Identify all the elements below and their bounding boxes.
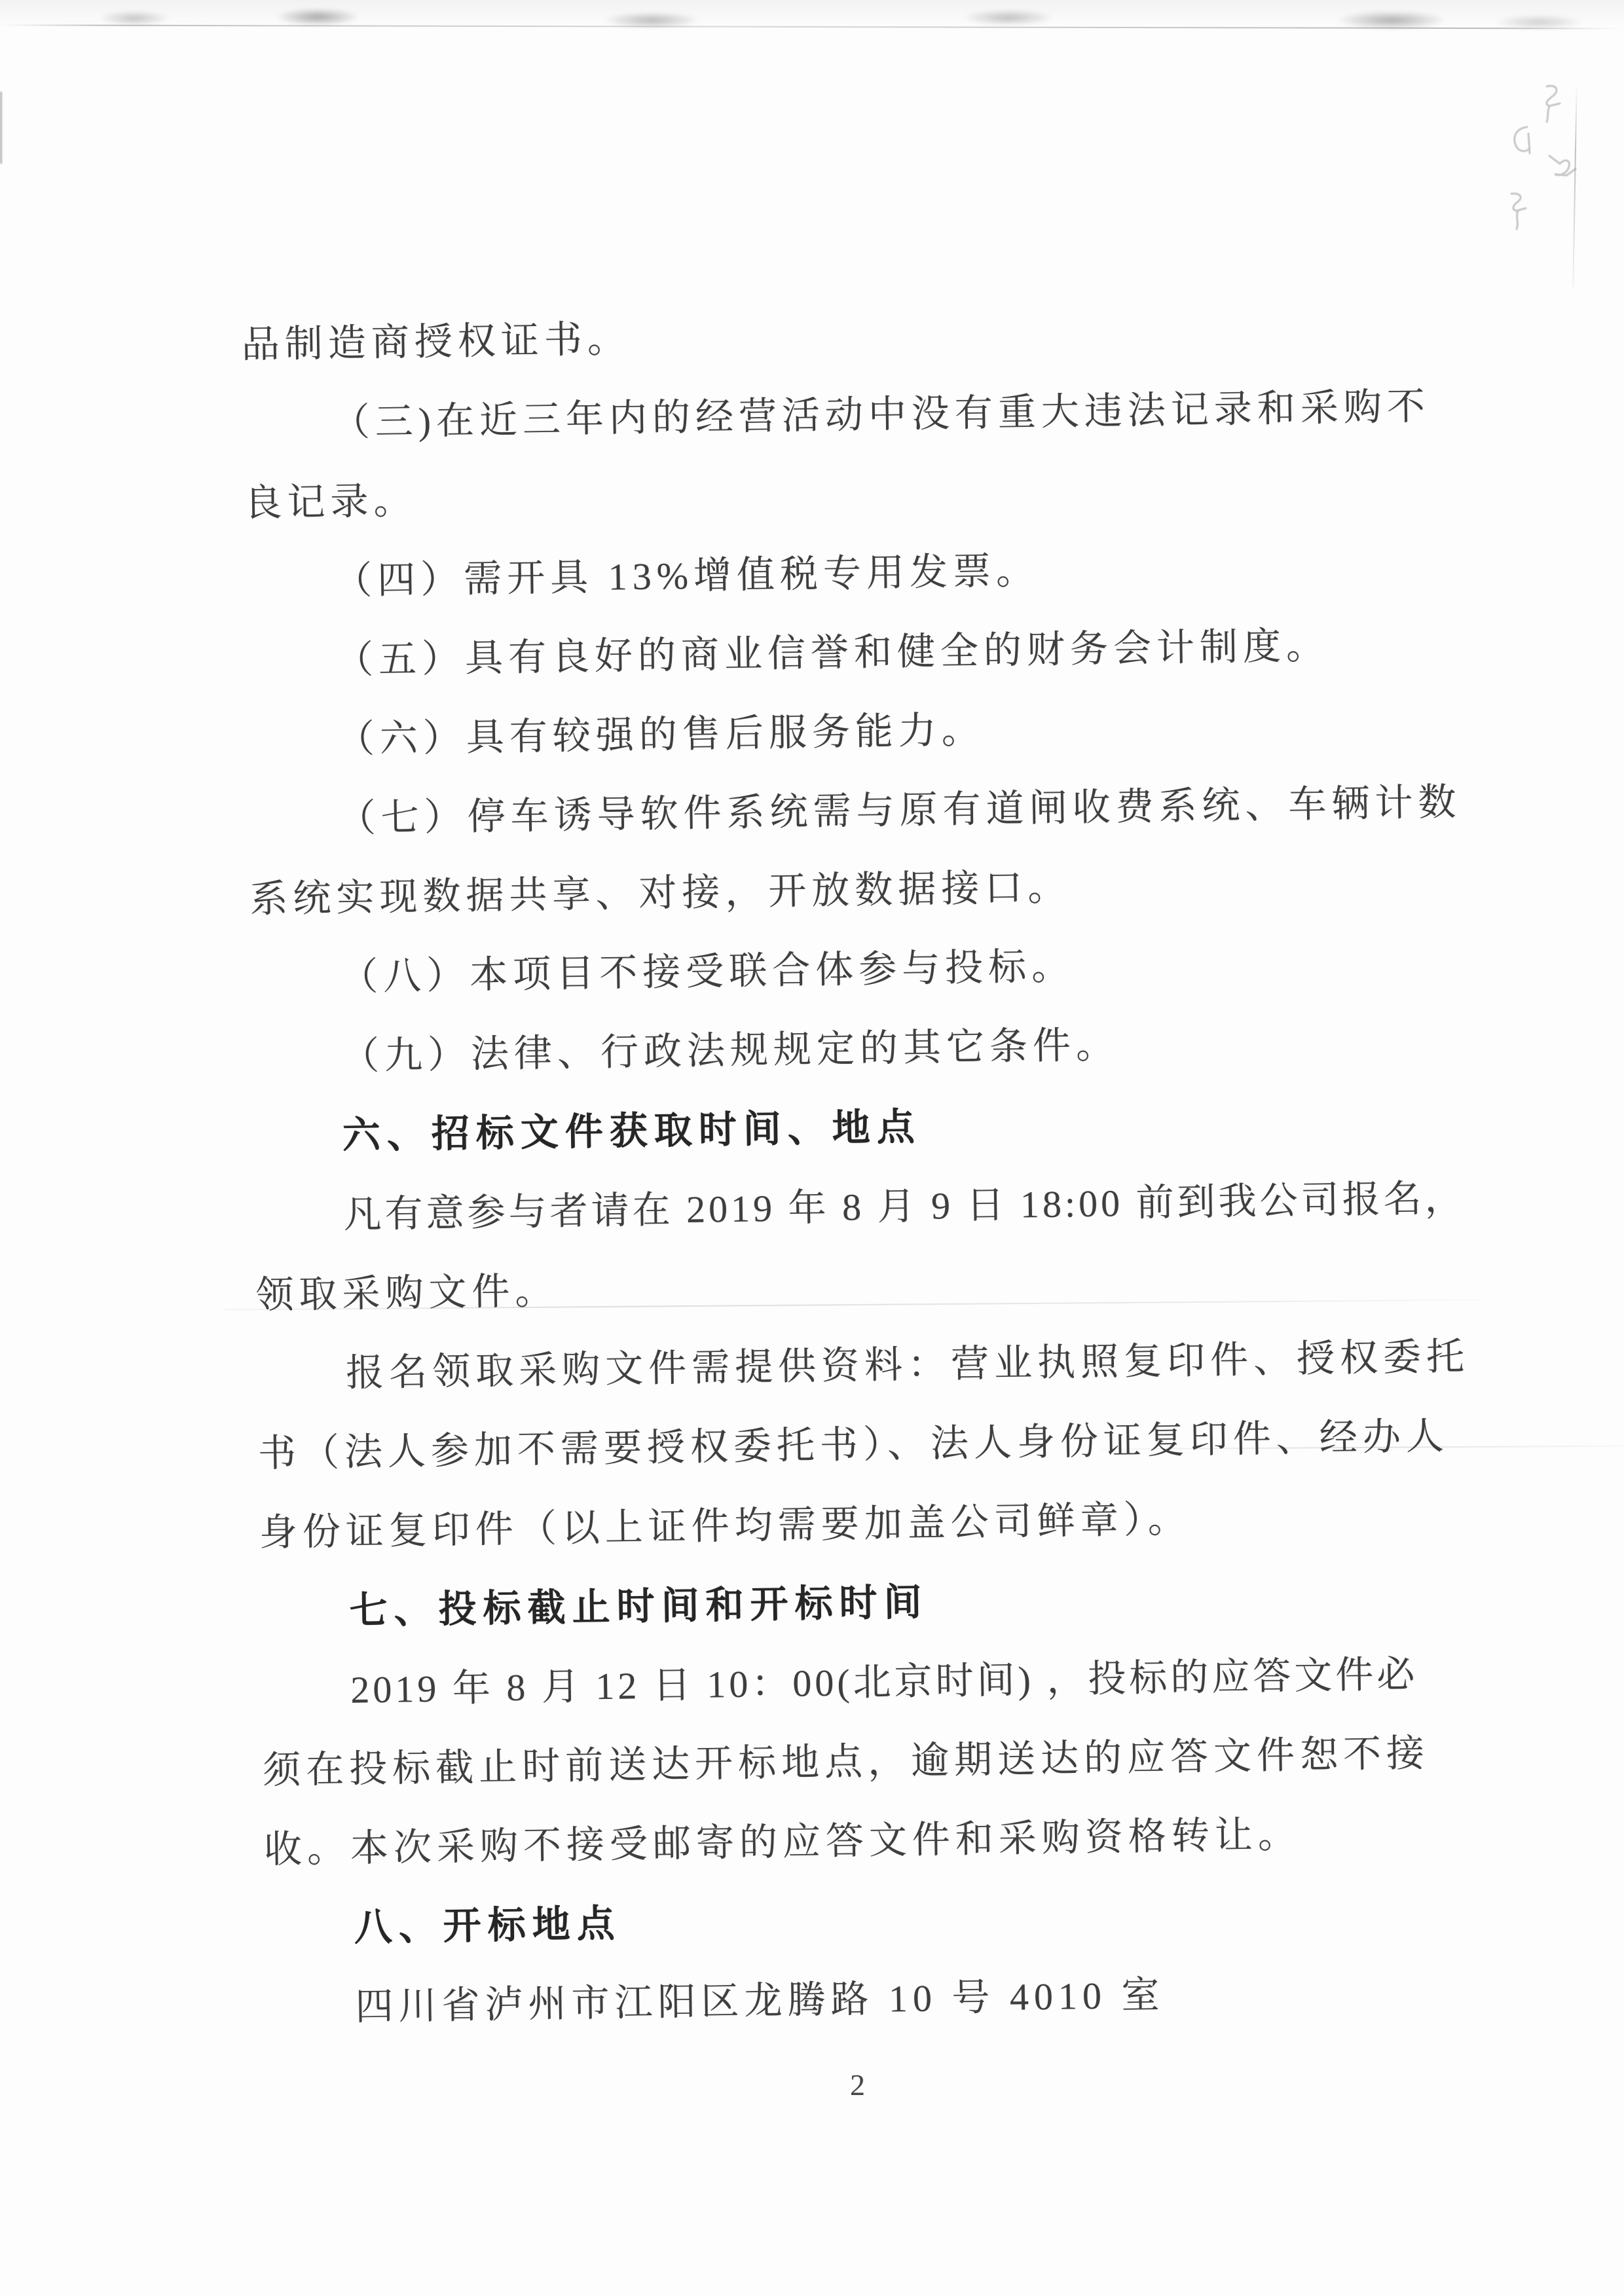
scan-smudge	[963, 9, 1054, 26]
pencil-mark	[1539, 82, 1565, 123]
scan-smudge	[275, 8, 360, 26]
scanned-document-page: 品制造商授权证书。 （三)在近三年内的经营活动中没有重大违法记录和采购不 良记录…	[0, 0, 1624, 2296]
scan-smudge	[1336, 10, 1447, 30]
pencil-mark	[1510, 124, 1535, 157]
pencil-mark	[1547, 147, 1579, 182]
page-number: 2	[850, 2068, 865, 2102]
document-body: 品制造商授权证书。 （三)在近三年内的经营活动中没有重大违法记录和采购不 良记录…	[241, 287, 1511, 2048]
pencil-mark	[1505, 191, 1532, 232]
scan-smudge	[1493, 14, 1585, 30]
scan-left-edge-mark	[0, 92, 2, 164]
scan-smudge	[98, 10, 170, 26]
scan-smudge	[602, 12, 701, 29]
scan-right-edge-line	[1572, 84, 1577, 287]
